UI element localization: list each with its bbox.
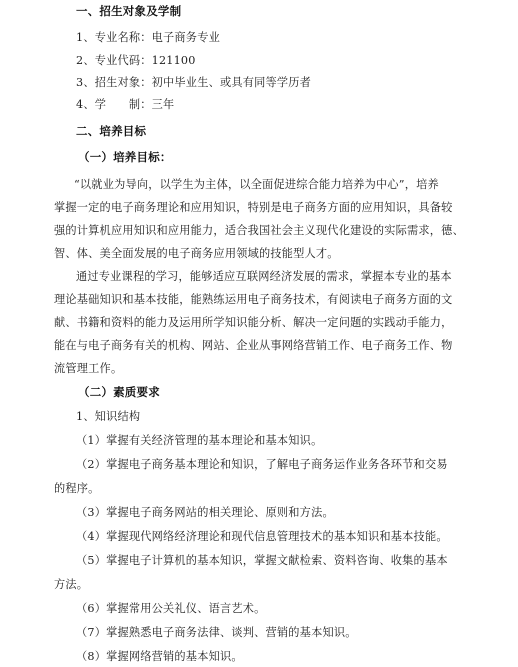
list-item: 3、招生对象：初中毕业生、或具有同等学历者 — [76, 76, 311, 90]
list-item: （2）掌握电子商务基本理论和知识，了解电子商务运作业务各环节和交易 — [76, 458, 448, 472]
list-item-continuation: 方法。 — [54, 578, 88, 592]
list-item: 1、专业名称：电子商务专业 — [76, 31, 220, 45]
paragraph-line: 掌握一定的电子商务理论和应用知识，特别是电子商务方面的应用知识，具备较 — [54, 201, 453, 215]
list-item: 4、学 制：三年 — [76, 98, 174, 112]
paragraph-line: 通过专业课程的学习，能够适应互联网经济发展的需求，掌握本专业的基本 — [76, 270, 452, 284]
list-item: （4）掌握现代网络经济理论和现代信息管理技术的基本知识和基本技能。 — [76, 530, 448, 544]
list-item: （8）掌握网络营销的基本知识。 — [76, 650, 243, 664]
paragraph-line: 理论基础知识和基本技能，能熟练运用电子商务技术，有阅读电子商务方面的文 — [54, 293, 453, 307]
subsection-heading-quality: （二）素质要求 — [78, 385, 160, 399]
list-item: （1）掌握有关经济管理的基本理论和基本知识。 — [76, 434, 322, 448]
paragraph-line: 献、书籍和资料的能力及运用所学知识能分析、解决一定问题的实践动手能力， — [54, 316, 453, 330]
subsection-heading-goals: （一）培养目标： — [78, 150, 172, 164]
paragraph-line: 流管理工作。 — [54, 362, 122, 376]
list-item: （6）掌握常用公关礼仪、语言艺术。 — [76, 602, 266, 616]
paragraph-line: “以就业为导向，以学生为主体，以全面促进综合能力培养为中心”，培养 — [74, 178, 439, 192]
paragraph-line: 强的计算机应用知识和应用能力，适合我国社会主义现代化建设的实际需求，德、 — [54, 224, 464, 238]
knowledge-structure-heading: 1、知识结构 — [76, 410, 140, 424]
list-item-continuation: 的程序。 — [54, 482, 100, 496]
section-heading-goals: 二、培养目标 — [76, 124, 146, 138]
list-item: （3）掌握电子商务网站的相关理论、原则和方法。 — [76, 506, 334, 520]
list-item: 2、专业代码：121100 — [76, 54, 196, 68]
list-item: （5）掌握电子计算机的基本知识，掌握文献检索、资料咨询、收集的基本 — [76, 554, 448, 568]
paragraph-line: 能在与电子商务有关的机构、网站、企业从事网络营销工作、电子商务工作、物 — [54, 339, 453, 353]
paragraph-line: 智、体、美全面发展的电子商务应用领域的技能型人才。 — [54, 247, 339, 261]
section-heading-enrollment: 一、招生对象及学制 — [76, 4, 181, 18]
list-item: （7）掌握熟悉电子商务法律、谈判、营销的基本知识。 — [76, 626, 357, 640]
